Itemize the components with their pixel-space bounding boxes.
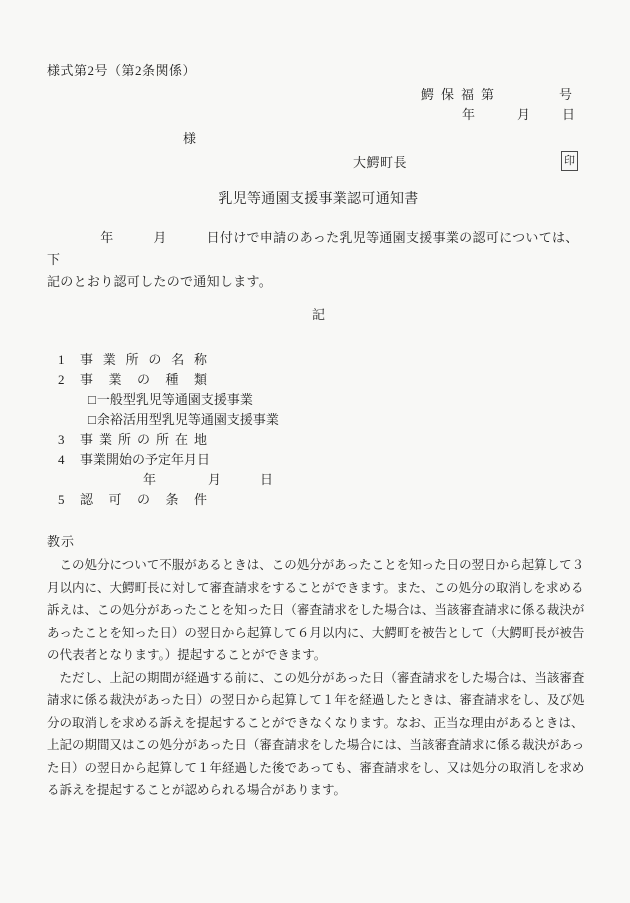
seal-label: 印 (564, 156, 575, 167)
record-marker: 記 (47, 307, 590, 323)
document-page: 様式第2号（第2条関係） 鰐保福第号 年月日 様 大鰐町長 印 乳児等通園支援事… (0, 0, 630, 903)
date-month-label: 月 (517, 107, 530, 122)
issue-date-line: 年月日 (47, 107, 590, 123)
kyouji-heading: 教示 (47, 534, 590, 550)
item-4-number: 4 (58, 450, 80, 470)
item-3: 3事業所の所在地 (47, 430, 590, 450)
item-3-number: 3 (58, 430, 80, 450)
item-4-label: 事業開始の予定年月日 (80, 452, 210, 467)
checkbox-option-yoyu: □余裕活用型乳児等通園支援事業 (47, 410, 590, 430)
item-2-number: 2 (58, 370, 80, 390)
checkbox-label-yoyu: 余裕活用型乳児等通園支援事業 (97, 412, 279, 427)
item-5-number: 5 (58, 490, 80, 510)
checkbox-icon: □ (88, 392, 96, 407)
doc-number-line: 鰐保福第号 (47, 87, 590, 103)
doc-number-suffix: 号 (559, 87, 572, 102)
kyouji-paragraph-2: ただし、上記の期間が経過する前に、この処分があった日（審査請求をした場合は、当該… (47, 667, 602, 802)
recipient-honorific: 様 (183, 131, 196, 146)
item-1: 1事業所の名称 (47, 350, 590, 370)
checkbox-label-general: 一般型乳児等通園支援事業 (97, 392, 253, 407)
document-title: 乳児等通園支援事業認可通知書 (47, 191, 590, 209)
recipient-line: 様 (47, 131, 590, 147)
form-number: 様式第2号（第2条関係） (47, 63, 590, 79)
start-date-placeholder-row: 年 月 日 (47, 470, 590, 490)
items-list: 1事業所の名称 2事業の種類 □一般型乳児等通園支援事業 □余裕活用型乳児等通園… (47, 350, 590, 510)
seal-box: 印 (561, 151, 578, 171)
item-5: 5認可の条件 (47, 490, 590, 510)
item-1-number: 1 (58, 350, 80, 370)
date-year-label: 年 (462, 107, 475, 122)
doc-number-prefix: 鰐保福第 (421, 87, 501, 102)
kyouji-paragraph-1: この処分について不服があるときは、この処分があったことを知った日の翌日から起算し… (47, 554, 602, 667)
checkbox-icon: □ (88, 412, 96, 427)
item-4: 4事業開始の予定年月日 (47, 450, 590, 470)
item-1-label: 事業所の名称 (80, 350, 207, 370)
item-2: 2事業の種類 (47, 370, 590, 390)
issuer-name: 大鰐町長 (353, 152, 407, 171)
kyouji-section: 教示 この処分について不服があるときは、この処分があったことを知った日の翌日から… (47, 534, 590, 802)
item-3-label: 事業所の所在地 (80, 430, 207, 450)
issuer-row: 大鰐町長 印 (47, 151, 590, 171)
item-2-label: 事業の種類 (80, 370, 207, 390)
intro-paragraph: 年 月 日付けで申請のあった乳児等通園支援事業の認可については、下 記のとおり認… (47, 227, 590, 293)
checkbox-option-general: □一般型乳児等通園支援事業 (47, 390, 590, 410)
item-5-label: 認可の条件 (80, 490, 207, 510)
date-day-label: 日 (562, 107, 575, 122)
